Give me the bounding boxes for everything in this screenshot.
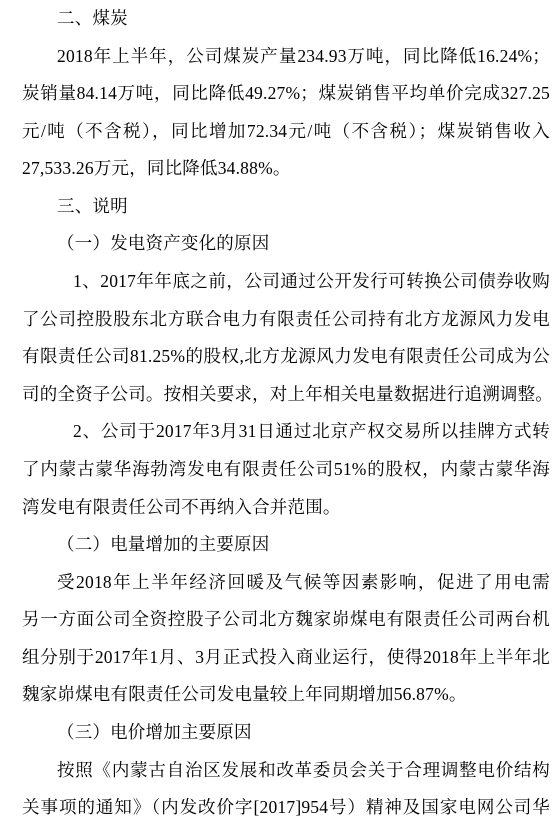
body-text-line: 魏家峁煤电有限责任公司发电量较上年同期增加56.87%。: [22, 676, 550, 714]
body-text-line: 有限责任公司81.25%的股权,北方龙源风力发电有限责任公司成为公: [22, 338, 550, 376]
section-heading-line: 二、煤炭: [22, 0, 550, 38]
body-text-line: 组分别于2017年1月、3月正式投入商业运行，使得2018年上半年北方: [22, 639, 550, 677]
subsection-heading-line: （二）电量增加的主要原因: [22, 526, 550, 564]
section-heading-line: 三、说明: [22, 188, 550, 226]
subsection-heading-line: （一）发电资产变化的原因: [22, 225, 550, 263]
body-text-line: 27,533.26万元，同比降低34.88%。: [22, 150, 550, 188]
body-text-line: 炭销量84.14万吨，同比降低49.27%；煤炭销售平均单价完成327.25: [22, 75, 550, 113]
document-body: 二、煤炭2018年上半年，公司煤炭产量234.93万吨，同比降低16.24%；煤…: [22, 0, 550, 827]
body-text-line: 湾发电有限责任公司不再纳入合并范围。: [22, 489, 550, 527]
subsection-heading-line: （三）电价增加主要原因: [22, 714, 550, 752]
document-page: 二、煤炭2018年上半年，公司煤炭产量234.93万吨，同比降低16.24%；煤…: [0, 0, 560, 827]
body-text-line: 司的全资子公司。按相关要求，对上年相关电量数据进行追溯调整。: [22, 376, 550, 414]
body-text-line: 关事项的通知》（内发改价字[2017]954号）精神及国家电网公司华: [22, 789, 550, 827]
body-text-line: 了内蒙古蒙华海勃湾发电有限责任公司51%的股权，内蒙古蒙华海勃: [22, 451, 550, 489]
body-text-line: 受2018年上半年经济回暖及气候等因素影响，促进了用电需求；: [22, 564, 550, 602]
body-text-line: 2018年上半年，公司煤炭产量234.93万吨，同比降低16.24%；煤: [22, 38, 550, 76]
body-text-line: 按照《内蒙古自治区发展和改革委员会关于合理调整电价结构有: [22, 752, 550, 790]
body-text-line: 了公司控股股东北方联合电力有限责任公司持有北方龙源风力发电: [22, 301, 550, 339]
body-text-line: 2、公司于2017年3月31日通过北京产权交易所以挂牌方式转让: [22, 413, 550, 451]
body-text-line: 元/吨（不含税），同比增加72.34元/吨（不含税）；煤炭销售收入: [22, 113, 550, 151]
body-text-line: 1、2017年年底之前，公司通过公开发行可转换公司债券收购: [22, 263, 550, 301]
body-text-line: 另一方面公司全资控股子公司北方魏家峁煤电有限责任公司两台机: [22, 601, 550, 639]
